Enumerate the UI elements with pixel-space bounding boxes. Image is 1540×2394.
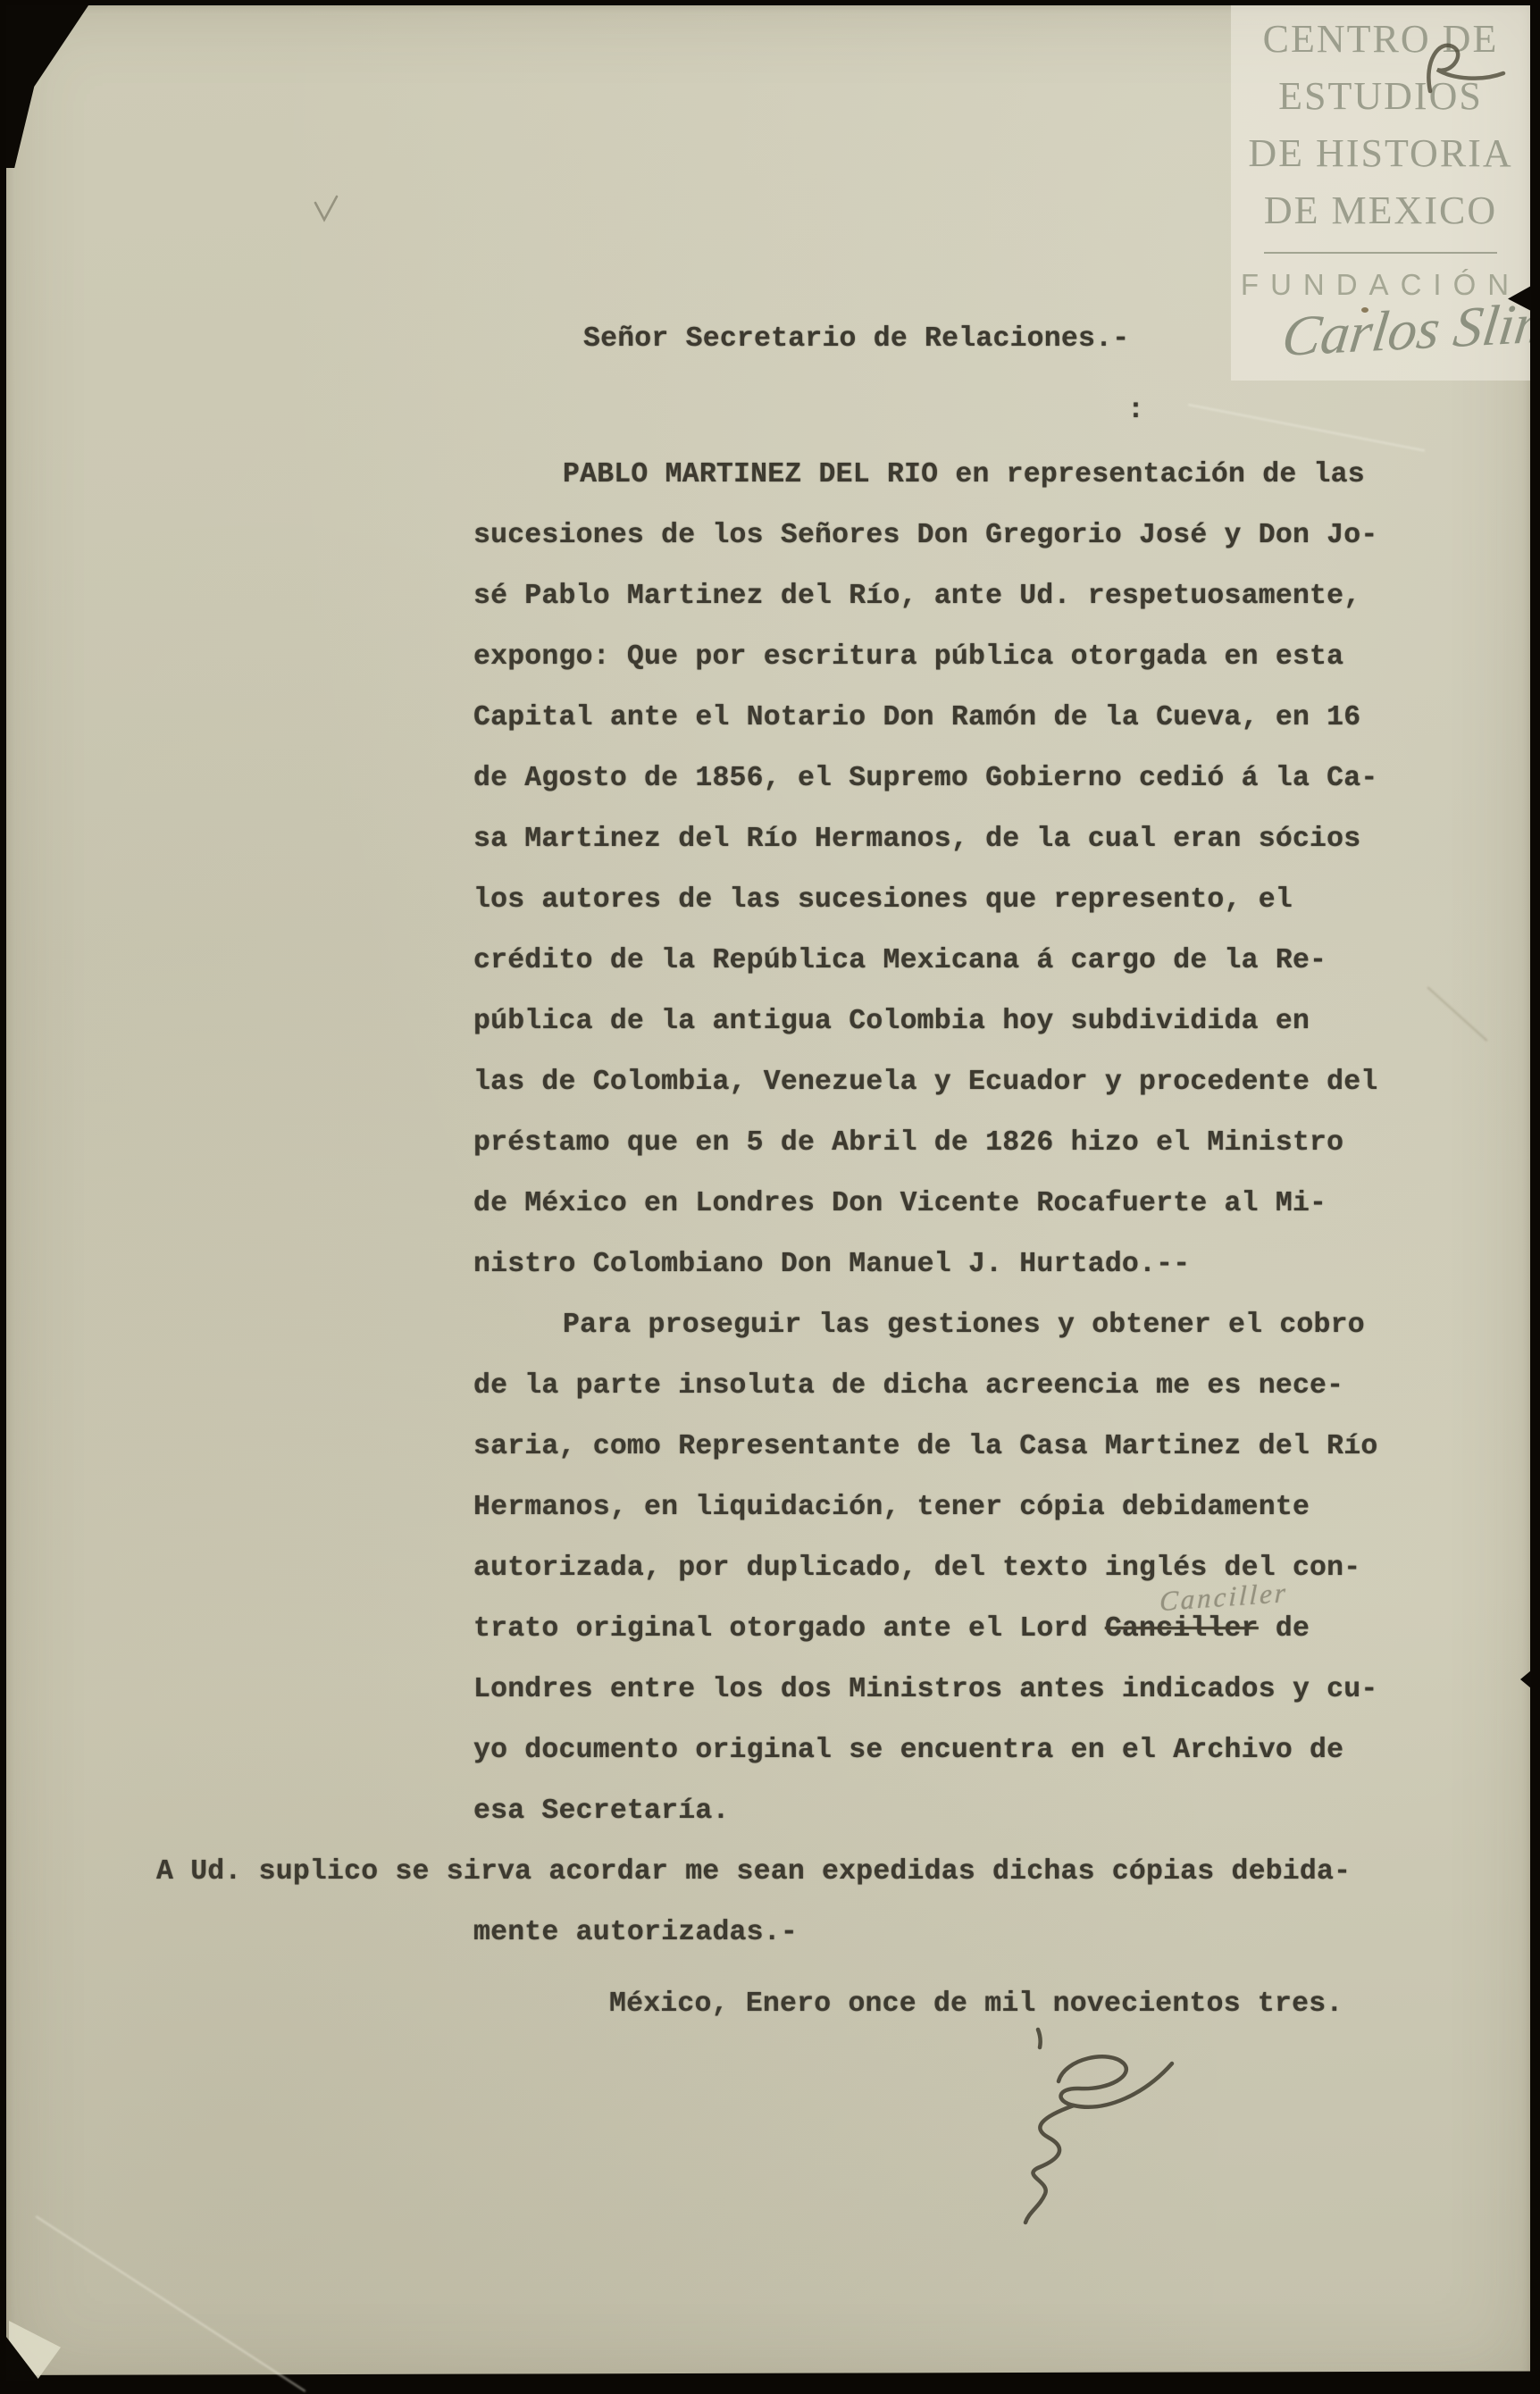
typed-line: los autores de las sucesiones que repres… [473, 870, 1420, 931]
typed-line: Capital ante el Notario Don Ramón de la … [473, 688, 1420, 749]
pencil-scribble-icon [1414, 34, 1514, 104]
letter-body: PABLO MARTINEZ DEL RIO en representación… [473, 445, 1420, 2035]
typed-line: pública de la antigua Colombia hoy subdi… [473, 992, 1420, 1052]
typed-line: las de Colombia, Venezuela y Ecuador y p… [473, 1052, 1420, 1113]
struck-word: Canciller [1105, 1613, 1259, 1645]
paper-stain [1361, 307, 1368, 313]
typed-line: crédito de la República Mexicana á cargo… [473, 931, 1420, 992]
typed-line: esa Secretaría. [473, 1781, 1420, 1842]
typed-line: yo documento original se encuentra en el… [473, 1720, 1420, 1781]
typed-line: sa Martinez del Río Hermanos, de la cual… [473, 809, 1420, 870]
typed-line: saria, como Representante de la Casa Mar… [473, 1417, 1420, 1477]
typed-line: de la parte insoluta de dicha acreencia … [473, 1356, 1420, 1417]
typed-line: mente autorizadas.- [473, 1903, 1420, 1963]
typed-line: sé Pablo Martinez del Río, ante Ud. resp… [473, 566, 1420, 627]
typed-line: Hermanos, en liquidación, tener cópia de… [473, 1477, 1420, 1538]
watermark-script-signature: Carlos Slim [1278, 291, 1530, 370]
typed-line: nistro Colombiano Don Manuel J. Hurtado.… [473, 1235, 1420, 1295]
typed-line: A Ud. suplico se sirva acordar me sean e… [156, 1842, 1420, 1903]
typed-text: trato original otorgado ante el Lord [473, 1613, 1105, 1645]
typed-line: sucesiones de los Señores Don Gregorio J… [473, 506, 1420, 566]
letter-heading: Señor Secretario de Relaciones.- [583, 309, 1129, 370]
typed-line: PABLO MARTINEZ DEL RIO en representación… [473, 445, 1420, 506]
typed-line: de Agosto de 1856, el Supremo Gobierno c… [473, 749, 1420, 809]
typed-line: Para proseguir las gestiones y obtener e… [473, 1295, 1420, 1356]
typed-text: de [1259, 1613, 1310, 1645]
page-bottom-edge [0, 2371, 1540, 2394]
letter-colon: : [1127, 381, 1144, 441]
signature-rubric-icon [974, 2017, 1206, 2231]
typed-line: Londres entre los dos Ministros antes in… [473, 1660, 1420, 1720]
typed-line: expongo: Que por escritura pública otorg… [473, 627, 1420, 688]
scanned-document-page: CENTRO DE ESTUDIOS DE HISTORIA DE MEXICO… [0, 0, 1540, 2394]
typed-line: préstamo que en 5 de Abril de 1826 hizo … [473, 1113, 1420, 1174]
watermark-line: DE MEXICO [1231, 182, 1530, 239]
watermark-divider [1264, 252, 1497, 254]
pencil-check-icon [311, 193, 341, 225]
typed-line: de México en Londres Don Vicente Rocafue… [473, 1174, 1420, 1235]
watermark-line: DE HISTORIA [1231, 125, 1530, 182]
